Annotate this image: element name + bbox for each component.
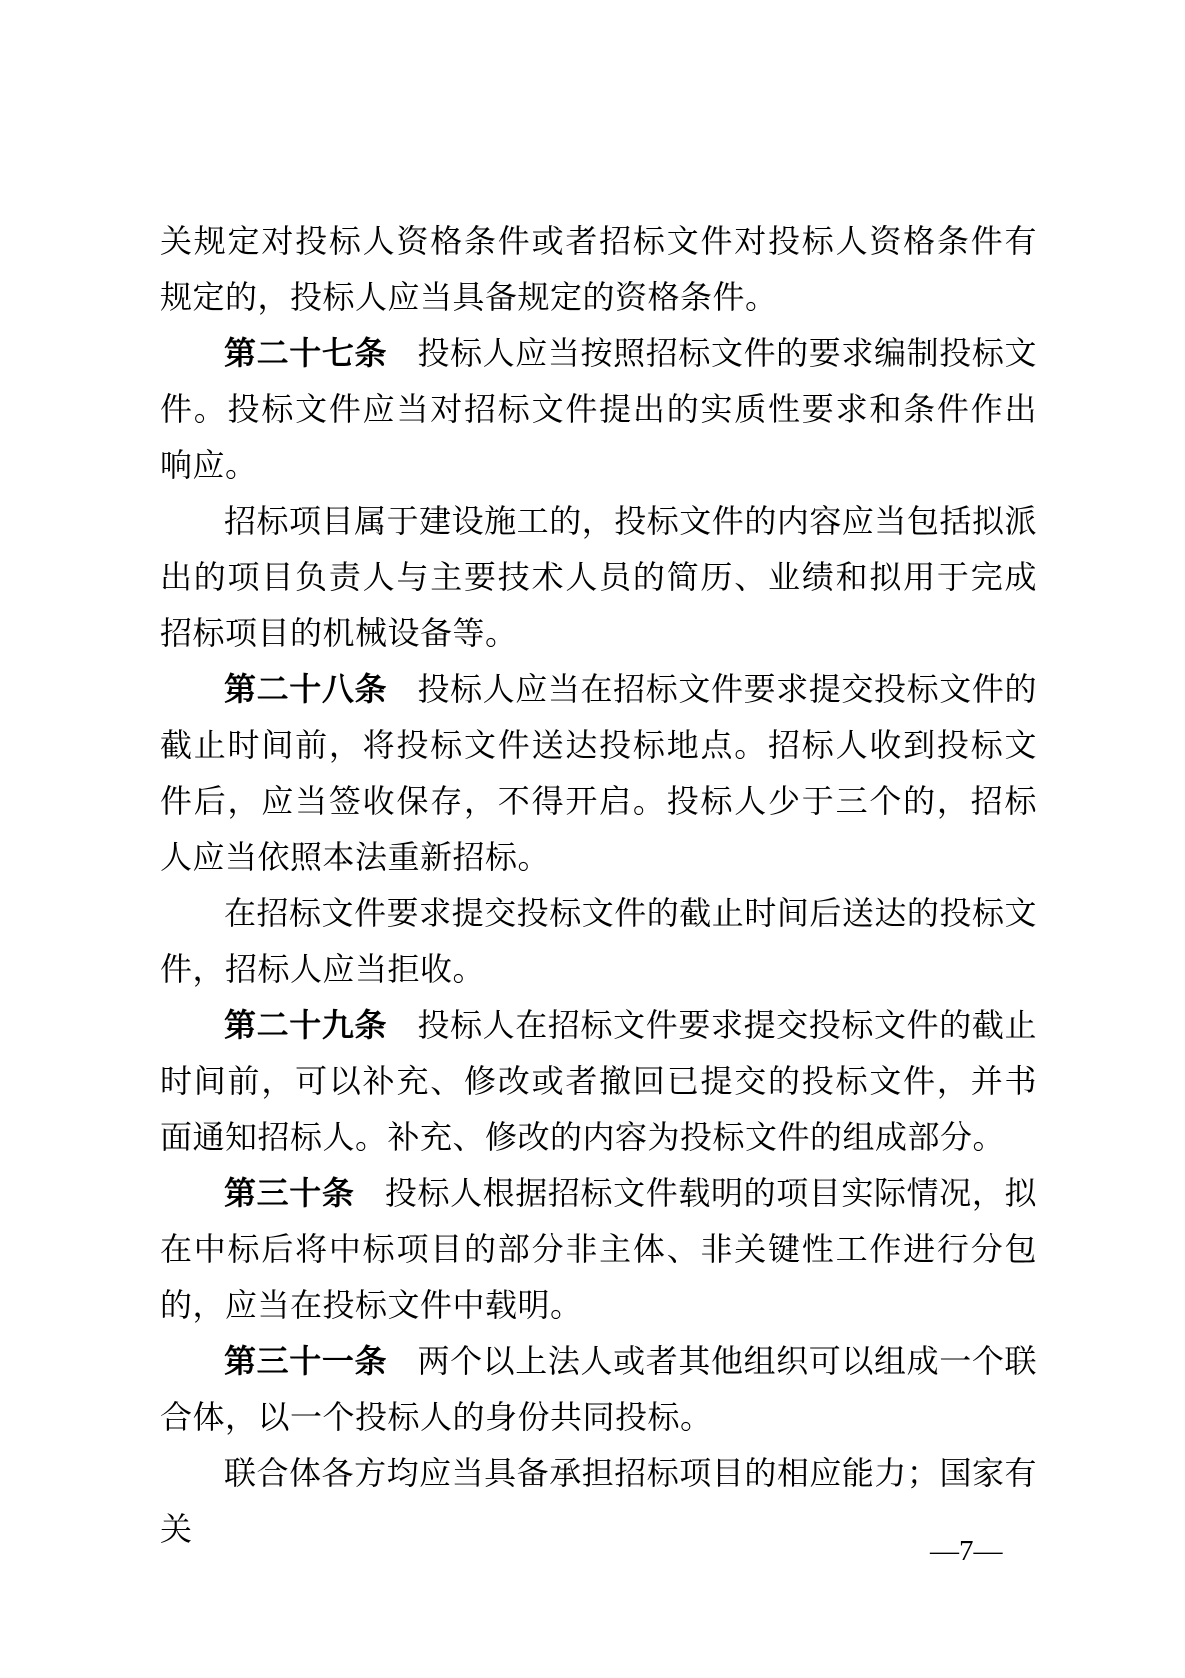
article-number: 第二十九条 (224, 1007, 387, 1043)
paragraph-text: 联合体各方均应当具备承担招标项目的相应能力；国家有关 (160, 1455, 1037, 1547)
paragraph-text: 关规定对投标人资格条件或者招标文件对投标人资格条件有规定的，投标人应当具备规定的… (160, 223, 1037, 315)
paragraph-text: 招标项目属于建设施工的，投标文件的内容应当包括拟派出的项目负责人与主要技术人员的… (160, 503, 1037, 651)
paragraph-text: 在招标文件要求提交投标文件的截止时间后送达的投标文件，招标人应当拒收。 (160, 895, 1037, 987)
paragraph: 关规定对投标人资格条件或者招标文件对投标人资格条件有规定的，投标人应当具备规定的… (160, 213, 1037, 325)
paragraph: 第三十一条两个以上法人或者其他组织可以组成一个联合体，以一个投标人的身份共同投标… (160, 1333, 1037, 1445)
text-block: 关规定对投标人资格条件或者招标文件对投标人资格条件有规定的，投标人应当具备规定的… (160, 213, 1037, 1557)
document-page: 关规定对投标人资格条件或者招标文件对投标人资格条件有规定的，投标人应当具备规定的… (0, 0, 1185, 1678)
paragraph: 招标项目属于建设施工的，投标文件的内容应当包括拟派出的项目负责人与主要技术人员的… (160, 493, 1037, 661)
article-number: 第二十八条 (224, 671, 387, 707)
article-number: 第二十七条 (224, 335, 387, 371)
article-number: 第三十条 (224, 1175, 354, 1211)
paragraph: 第二十七条投标人应当按照招标文件的要求编制投标文件。投标文件应当对招标文件提出的… (160, 325, 1037, 493)
paragraph: 联合体各方均应当具备承担招标项目的相应能力；国家有关 (160, 1445, 1037, 1557)
paragraph: 在招标文件要求提交投标文件的截止时间后送达的投标文件，招标人应当拒收。 (160, 885, 1037, 997)
paragraph: 第二十九条投标人在招标文件要求提交投标文件的截止时间前，可以补充、修改或者撤回已… (160, 997, 1037, 1165)
article-number: 第三十一条 (224, 1343, 387, 1379)
paragraph: 第二十八条投标人应当在招标文件要求提交投标文件的截止时间前，将投标文件送达投标地… (160, 661, 1037, 885)
paragraph: 第三十条投标人根据招标文件载明的项目实际情况，拟在中标后将中标项目的部分非主体、… (160, 1165, 1037, 1333)
page-number: —7— (930, 1534, 1003, 1568)
